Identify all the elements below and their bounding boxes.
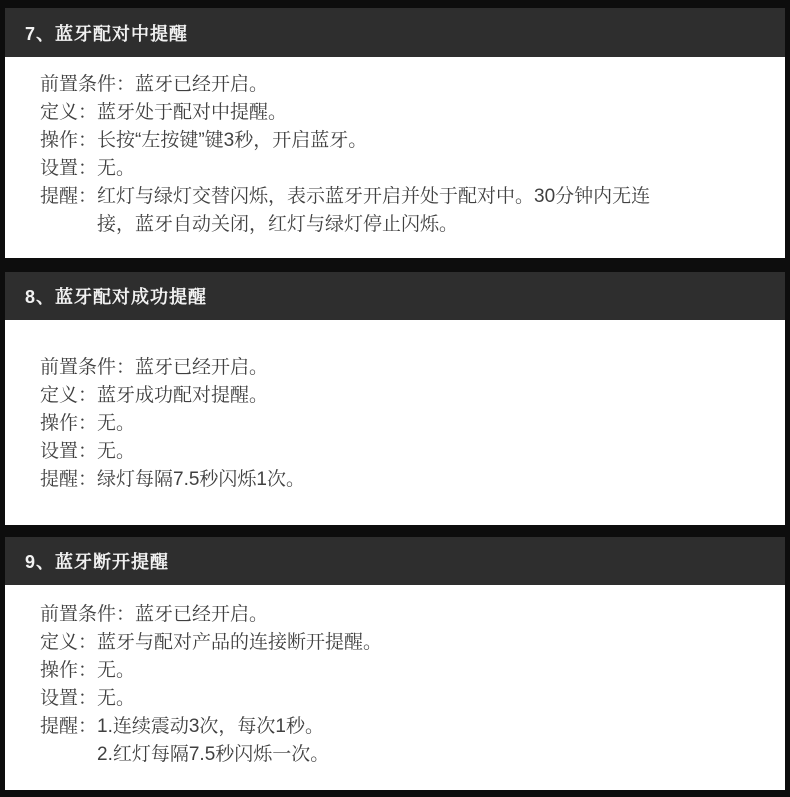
spec-row-alert: 提醒： 1.连续震动3次，每次1秒。 2.红灯每隔7.5秒闪烁一次。 — [40, 713, 755, 769]
spec-row-precondition: 前置条件： 蓝牙已经开启。 — [40, 354, 755, 382]
spec-value: 蓝牙与配对产品的连接断开提醒。 — [97, 629, 755, 657]
spec-value: 蓝牙处于配对中提醒。 — [97, 99, 755, 127]
section-divider — [5, 525, 785, 537]
spec-line: 无。 — [97, 155, 755, 183]
spec-line: 蓝牙成功配对提醒。 — [97, 382, 755, 410]
spec-label: 提醒： — [40, 466, 97, 494]
spec-row-setting: 设置： 无。 — [40, 438, 755, 466]
spec-line: 蓝牙与配对产品的连接断开提醒。 — [97, 629, 755, 657]
spec-label: 提醒： — [40, 713, 97, 741]
section-title: 9、蓝牙断开提醒 — [25, 548, 169, 574]
spec-line: 接，蓝牙自动关闭，红灯与绿灯停止闪烁。 — [97, 211, 755, 239]
section-divider — [5, 258, 785, 272]
spec-label: 设置： — [40, 438, 97, 466]
section-header: 7、蓝牙配对中提醒 — [5, 8, 785, 57]
spec-row-alert: 提醒： 绿灯每隔7.5秒闪烁1次。 — [40, 466, 755, 494]
spec-row-definition: 定义： 蓝牙成功配对提醒。 — [40, 382, 755, 410]
spec-label: 设置： — [40, 155, 97, 183]
spec-value: 无。 — [97, 410, 755, 438]
spec-label: 定义： — [40, 629, 97, 657]
spec-line: 绿灯每隔7.5秒闪烁1次。 — [97, 466, 755, 494]
spec-line: 无。 — [97, 410, 755, 438]
spec-label: 定义： — [40, 382, 97, 410]
spec-line: 无。 — [97, 685, 755, 713]
spec-line: 2.红灯每隔7.5秒闪烁一次。 — [97, 741, 755, 769]
spec-label: 操作： — [40, 127, 97, 155]
spec-label: 操作： — [40, 410, 97, 438]
spec-value: 无。 — [97, 657, 755, 685]
spec-line: 1.连续震动3次，每次1秒。 — [97, 713, 755, 741]
section-header: 8、蓝牙配对成功提醒 — [5, 272, 785, 320]
spec-row-alert: 提醒： 红灯与绿灯交替闪烁，表示蓝牙开启并处于配对中。30分钟内无连 接，蓝牙自… — [40, 183, 755, 239]
spec-row-operation: 操作： 无。 — [40, 410, 755, 438]
section-title: 8、蓝牙配对成功提醒 — [25, 283, 207, 309]
spec-label: 设置： — [40, 685, 97, 713]
spec-value: 红灯与绿灯交替闪烁，表示蓝牙开启并处于配对中。30分钟内无连 接，蓝牙自动关闭，… — [97, 183, 755, 239]
section-bluetooth-pairing: 7、蓝牙配对中提醒 前置条件： 蓝牙已经开启。 定义： 蓝牙处于配对中提醒。 操… — [5, 8, 785, 258]
section-title: 7、蓝牙配对中提醒 — [25, 20, 188, 46]
spec-label: 前置条件： — [40, 354, 135, 382]
spec-row-definition: 定义： 蓝牙与配对产品的连接断开提醒。 — [40, 629, 755, 657]
spec-row-operation: 操作： 无。 — [40, 657, 755, 685]
spec-row-definition: 定义： 蓝牙处于配对中提醒。 — [40, 99, 755, 127]
spec-label: 操作： — [40, 657, 97, 685]
spec-value: 1.连续震动3次，每次1秒。 2.红灯每隔7.5秒闪烁一次。 — [97, 713, 755, 769]
spec-label: 前置条件： — [40, 71, 135, 99]
section-body: 前置条件： 蓝牙已经开启。 定义： 蓝牙处于配对中提醒。 操作： 长按“左按键”… — [5, 57, 785, 258]
spec-value: 无。 — [97, 155, 755, 183]
spec-value: 蓝牙已经开启。 — [135, 71, 755, 99]
spec-value: 蓝牙已经开启。 — [135, 601, 755, 629]
spec-line: 蓝牙已经开启。 — [135, 601, 755, 629]
spec-row-precondition: 前置条件： 蓝牙已经开启。 — [40, 601, 755, 629]
spec-label: 前置条件： — [40, 601, 135, 629]
spec-line: 长按“左按键”键3秒，开启蓝牙。 — [97, 127, 755, 155]
spec-line: 蓝牙处于配对中提醒。 — [97, 99, 755, 127]
spec-value: 绿灯每隔7.5秒闪烁1次。 — [97, 466, 755, 494]
section-body: 前置条件： 蓝牙已经开启。 定义： 蓝牙成功配对提醒。 操作： 无。 设置： — [5, 320, 785, 525]
spec-label: 定义： — [40, 99, 97, 127]
spec-value: 蓝牙已经开启。 — [135, 354, 755, 382]
spec-value: 长按“左按键”键3秒，开启蓝牙。 — [97, 127, 755, 155]
section-bluetooth-disconnect: 9、蓝牙断开提醒 前置条件： 蓝牙已经开启。 定义： 蓝牙与配对产品的连接断开提… — [5, 537, 785, 790]
spec-row-precondition: 前置条件： 蓝牙已经开启。 — [40, 71, 755, 99]
section-body: 前置条件： 蓝牙已经开启。 定义： 蓝牙与配对产品的连接断开提醒。 操作： 无。… — [5, 585, 785, 790]
spec-value: 蓝牙成功配对提醒。 — [97, 382, 755, 410]
spec-row-operation: 操作： 长按“左按键”键3秒，开启蓝牙。 — [40, 127, 755, 155]
spec-value: 无。 — [97, 438, 755, 466]
spec-label: 提醒： — [40, 183, 97, 211]
section-bluetooth-pair-success: 8、蓝牙配对成功提醒 前置条件： 蓝牙已经开启。 定义： 蓝牙成功配对提醒。 操… — [5, 272, 785, 525]
spec-line: 无。 — [97, 657, 755, 685]
manual-page: 7、蓝牙配对中提醒 前置条件： 蓝牙已经开启。 定义： 蓝牙处于配对中提醒。 操… — [0, 0, 790, 797]
spec-line: 蓝牙已经开启。 — [135, 354, 755, 382]
spec-row-setting: 设置： 无。 — [40, 155, 755, 183]
spec-row-setting: 设置： 无。 — [40, 685, 755, 713]
section-header: 9、蓝牙断开提醒 — [5, 537, 785, 585]
spec-line: 无。 — [97, 438, 755, 466]
spec-value: 无。 — [97, 685, 755, 713]
spec-line: 蓝牙已经开启。 — [135, 71, 755, 99]
spec-line: 红灯与绿灯交替闪烁，表示蓝牙开启并处于配对中。30分钟内无连 — [97, 183, 755, 211]
